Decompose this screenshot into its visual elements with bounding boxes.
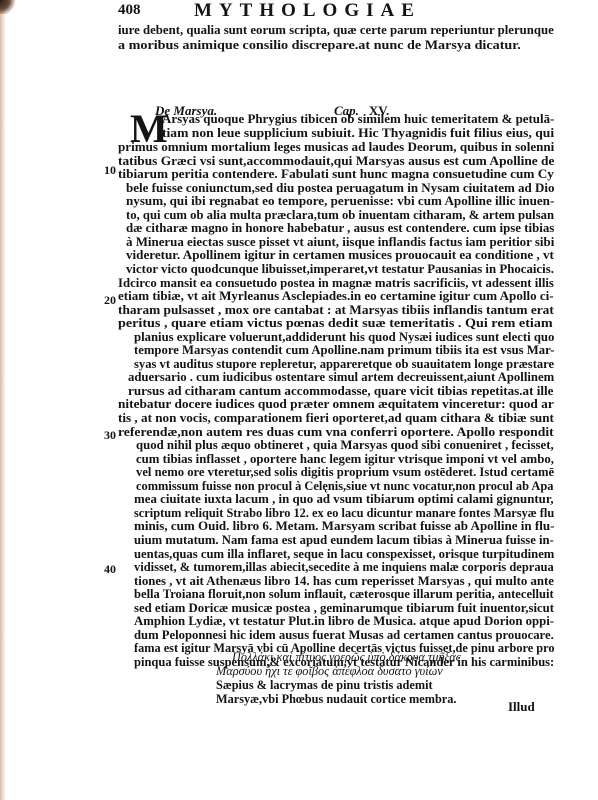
text-line: Arsyas quoque Phrygius tibicen ob simile… xyxy=(162,112,554,126)
text-line: minis, cum Ouid. libro 6. Metam. Marsyam… xyxy=(134,519,554,533)
margin-line-number: 30 xyxy=(104,428,116,443)
text-line: tiam non leue supplicium subiuit. Hic Th… xyxy=(162,126,554,140)
text-line: sed etiam Doricæ musicæ postea , geminar… xyxy=(134,601,554,615)
text-line: scriptum reliquit Strabo libro 12. ex eo… xyxy=(134,506,554,520)
margin-line-number: 10 xyxy=(104,163,116,178)
page-corner-shadow xyxy=(0,0,16,14)
text-line: tharam pulsasset , mox ore cantabat : at… xyxy=(118,303,554,317)
text-line: referendæ,non autem res duas cum vna con… xyxy=(118,425,554,439)
text-line: planius explicare voluerunt,addiderunt h… xyxy=(134,330,554,344)
text-line: uentas,quas cum illa inflaret, seque in … xyxy=(134,547,554,561)
text-line: videretur. Apollinem igitur in certamen … xyxy=(126,248,554,262)
text-line: victor victo quodcunque libuisset,impera… xyxy=(126,262,554,276)
text-line: to, qui cum ob alia multa præclara,tum o… xyxy=(126,208,554,222)
text-line: aduersario . cum iudicibus ostentare sim… xyxy=(128,370,554,384)
text-line: iure debent, qualia sunt eorum scripta, … xyxy=(118,23,554,37)
text-line: tiones , vt ait Athenæus libro 14. has c… xyxy=(134,574,554,588)
margin-line-number: 20 xyxy=(104,293,116,308)
text-line: tatibus Græci vsi sunt,accommodauit,qui … xyxy=(118,154,554,168)
running-head: 408 MYTHOLOGIAE xyxy=(118,2,558,22)
running-title: MYTHOLOGIAE xyxy=(194,0,421,22)
text-line: nysum, qui ibi regnabat eo tempore, peru… xyxy=(126,194,554,208)
text-line: Amphion Lydiæ, vt testatur Plut.in libro… xyxy=(134,614,554,628)
latin-verse-line: Marsyæ,vbi Phœbus nudauit cortice membra… xyxy=(216,692,456,707)
text-line: vel nemo ore vteretur,sed solis digitis … xyxy=(136,465,554,479)
page-number: 408 xyxy=(118,2,141,19)
text-line: mea ciuitate iuxta lacum , in quo ad vsu… xyxy=(134,492,554,506)
catchword: Illud xyxy=(508,699,535,715)
text-line: tibiarum peritia contendere. Fabulati su… xyxy=(118,167,554,181)
text-line: tis , at non vocis, comparationem fieri … xyxy=(118,411,554,425)
greek-verse-line: Μαρσύου ἧχι τε φοῖβος ἀπέφλοα δυσατο γυί… xyxy=(216,664,443,679)
text-line: uium mutatum. Nam fama est apud eundem l… xyxy=(134,533,554,547)
text-line: etiam tibiæ, vt ait Myrleanus Asclepiade… xyxy=(118,289,554,303)
text-line: à Minerua eiectas susce pisset vt aiunt,… xyxy=(126,235,554,249)
text-line: commissum fuisse non procul à Celęnis,si… xyxy=(136,479,553,493)
latin-verse-line: Sæpius & lacrymas de pinu tristis ademit xyxy=(216,678,433,693)
text-line: primus omnium mortalium leges musicas ad… xyxy=(118,140,554,154)
text-line: a moribus animique consilio discrepare.a… xyxy=(118,38,521,52)
text-line: Idcirco mansit ea consuetudo postea in m… xyxy=(118,276,554,290)
text-line: dum Peloponnesi hic idem ausus fuerat Mu… xyxy=(134,628,554,642)
text-line: rursus ad citharam cantum accommodasse, … xyxy=(128,384,553,398)
text-line: cum tibias inflasset , oportere hanc leg… xyxy=(136,452,554,466)
text-line: dæ citharæ magno in honore habebatur , a… xyxy=(126,221,554,235)
margin-line-number: 40 xyxy=(104,562,116,577)
text-line: tempore Marsyas contendit cum Apolline.n… xyxy=(134,343,554,357)
text-line: bele fuisse coniunctum,sed diu postea pe… xyxy=(126,181,555,195)
text-line: peritus , quare etiam victus pœnas dedit… xyxy=(118,316,553,330)
text-line: vidisset, & tumorem,illas abiecit,secedi… xyxy=(134,560,554,574)
text-line: bella Troiana floruit,non solum inflauit… xyxy=(134,587,554,601)
text-line: syas vt auditus stupore repleretur, appa… xyxy=(134,357,554,371)
text-line: quod nihil plus æquo obtineret , quia Ma… xyxy=(136,438,554,452)
greek-verse-line: Πολλάκι καὶ πίτυος γοερῶς ὑπὸ δάκρυα τμῆ… xyxy=(232,650,461,665)
text-line: nitebatur docere iudices quod præter omn… xyxy=(118,397,554,411)
